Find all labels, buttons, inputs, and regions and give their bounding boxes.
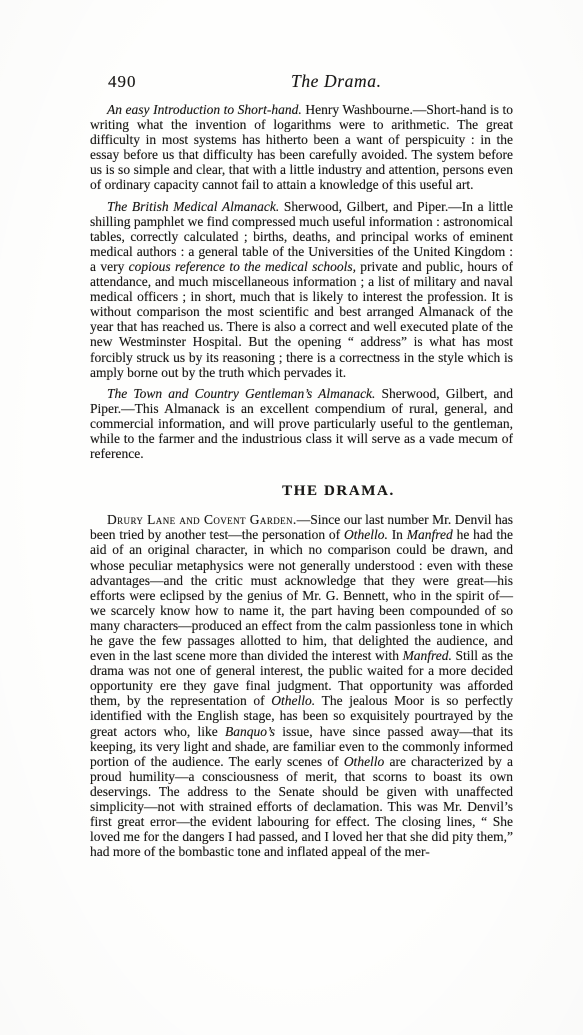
- page-body: An easy Introduction to Short-hand. Henr…: [90, 0, 513, 865]
- text-segment: The British Medical Almanack.: [107, 199, 279, 214]
- text-segment: The Town and Country Gentleman’s Almanac…: [107, 386, 375, 401]
- text-segment: Othello: [344, 754, 385, 769]
- section-heading-the-drama: THE DRAMA.: [90, 484, 513, 499]
- text-segment: An easy Introduction to Short-hand.: [107, 102, 302, 117]
- text-segment: he had the aid of an original character,…: [90, 527, 513, 663]
- scanned-page: 490 The Drama. An easy Introduction to S…: [0, 0, 583, 1035]
- text-segment: Manfred: [407, 527, 453, 542]
- text-segment: Manfred.: [403, 648, 452, 663]
- review-paragraph-medical-almanack: The British Medical Almanack. Sherwood, …: [90, 199, 513, 380]
- text-segment: are characterized by a proud humility—a …: [90, 754, 513, 860]
- text-segment: Drury Lane and Covent Garden.: [107, 512, 297, 527]
- review-paragraph-shorthand: An easy Introduction to Short-hand. Henr…: [90, 102, 513, 193]
- text-segment: Othello.: [344, 527, 388, 542]
- text-segment: private and public, hours of attendance,…: [90, 259, 513, 380]
- text-segment: Othello.: [271, 693, 315, 708]
- text-segment: Banquo’s: [225, 724, 275, 739]
- text-segment: In: [388, 527, 407, 542]
- drama-paragraph-drury-lane-covent-garden: Drury Lane and Covent Garden.—Since our …: [90, 512, 513, 859]
- review-paragraph-gentlemans-almanack: The Town and Country Gentleman’s Almanac…: [90, 386, 513, 461]
- text-segment: copious reference to the medical schools…: [129, 259, 356, 274]
